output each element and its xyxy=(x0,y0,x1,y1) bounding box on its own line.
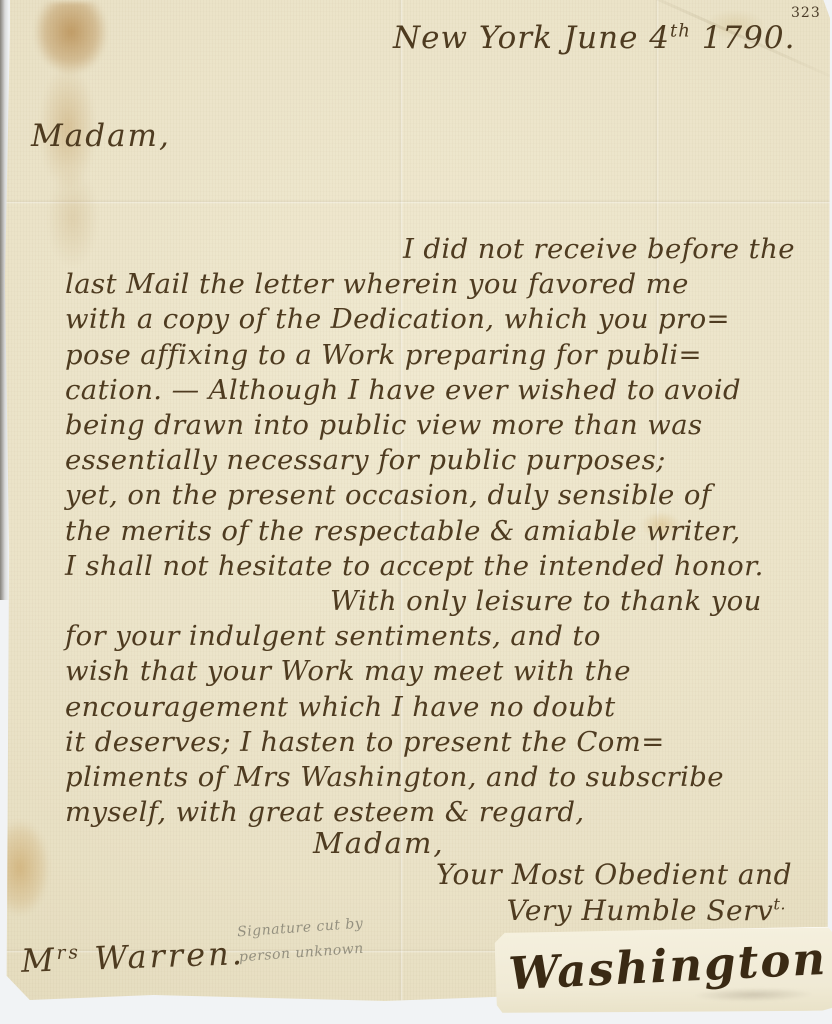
letter-line: encouragement which I have no doubt xyxy=(65,690,810,725)
closing-line-2-superscript: t. xyxy=(773,895,786,914)
letter-line: being drawn into public view more than w… xyxy=(65,408,810,443)
letter-line: with a copy of the Dedication, which you… xyxy=(65,302,810,337)
addressee-superscript: rs xyxy=(56,942,81,964)
dateline-year: 1790. xyxy=(691,20,796,56)
letter-body: I did not receive before the last Mail t… xyxy=(65,232,810,830)
letter-line: pose affixing to a Work preparing for pu… xyxy=(65,338,810,373)
letter-line: it deserves; I hasten to present the Com… xyxy=(65,725,810,760)
dateline-place-date: New York June 4 xyxy=(393,20,670,56)
closing-line-2-text: Very Humble Serv xyxy=(507,894,774,927)
closing-line-1: Your Most Obedient and xyxy=(436,858,792,891)
closing-salutation: Madam, xyxy=(313,826,445,860)
letter-line: I shall not hesitate to accept the inten… xyxy=(65,549,810,584)
salutation: Madam, xyxy=(31,118,171,154)
dateline: New York June 4th 1790. xyxy=(393,20,795,56)
addressee: Mrs Warren. xyxy=(20,934,245,980)
letter-line: I did not receive before the xyxy=(403,232,810,267)
addressee-name: Warren. xyxy=(81,934,246,978)
closing-line-2: Very Humble Servt. xyxy=(507,894,786,927)
horizontal-fold-upper xyxy=(5,200,830,204)
stain-left-lower xyxy=(0,808,57,928)
letter-line: cation. — Although I have ever wished to… xyxy=(65,373,810,408)
scanned-letter-page: 323 New York June 4th 1790. Madam, I did… xyxy=(0,0,832,1024)
letter-paper: 323 New York June 4th 1790. Madam, I did… xyxy=(5,0,830,1004)
letter-line: With only leisure to thank you xyxy=(330,584,810,619)
letter-line: for your indulgent sentiments, and to xyxy=(65,619,810,654)
letter-line: yet, on the present occasion, duly sensi… xyxy=(65,478,810,513)
archivist-pencil-note: Signature cut by person unknown xyxy=(236,912,365,971)
letter-line: the merits of the respectable & amiable … xyxy=(65,514,810,549)
letter-line: wish that your Work may meet with the xyxy=(65,654,810,689)
archive-number: 323 xyxy=(791,5,821,21)
addressee-prefix: M xyxy=(20,941,57,980)
letter-line: pliments of Mrs Washington, and to subsc… xyxy=(65,760,810,795)
letter-line: last Mail the letter wherein you favored… xyxy=(65,267,810,302)
signature-slip: Go Washington xyxy=(494,927,832,1016)
letter-line: essentially necessary for public purpose… xyxy=(65,443,810,478)
dateline-superscript: th xyxy=(670,21,691,42)
